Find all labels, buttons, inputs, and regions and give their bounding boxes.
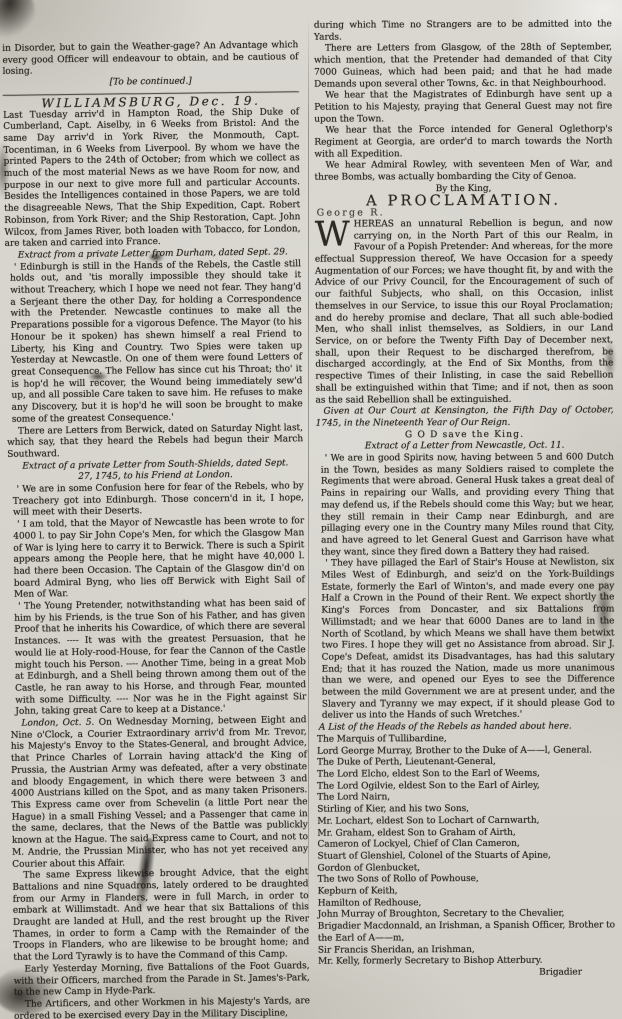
body-paragraph: We hear Admiral Rowley, with seventeen M… [314,160,612,185]
drop-cap-letter: W [315,219,354,249]
given-at-court-line: Given at Our Court at Kensington, the Fi… [316,406,614,431]
quoted-paragraph: ' Edinburgh is still in the Hands of the… [5,259,303,426]
royal-cipher: George R. [315,207,613,220]
catchword: Brigadier [318,967,616,980]
dateline-lead: London, Oct. 5. [21,718,98,729]
body-paragraph: during which Time no Strangers are to be… [314,19,612,44]
body-paragraph: London, Oct. 5. On Wednesday Morning, be… [10,715,308,871]
drop-cap-paragraph: WHEREAS an unnatural Rebellion is begun,… [315,218,614,407]
body-paragraph: Early Yesterday Morning, five Battalions… [13,961,309,1000]
body-paragraph: The same Express likewise brought Advice… [12,867,309,964]
left-column: in Disorder, but to gain the Weather-gag… [2,10,310,1019]
quoted-paragraph: ' I am told, that the Mayor of Newcastle… [8,516,305,602]
right-column: during which Time no Strangers are to be… [314,11,616,1019]
body-paragraph: We hear that the Force intended for Gene… [314,125,612,161]
quoted-paragraph: ' We are in good Spirits now, having bet… [316,452,614,559]
body-paragraph: Last Tuesday arriv'd in Hampton Road, th… [3,107,301,251]
rebel-list-item: Brigadier Macdonnald, an Irishman, a Spa… [318,920,616,945]
rebel-list-heading: A List of the Heads of the Rebels as han… [317,722,615,735]
to-be-continued-note: [To be continued.] [3,75,299,90]
body-paragraph: There are Letters from Berwick, dated on… [7,423,303,462]
newspaper-page: in Disorder, but to gain the Weather-gag… [0,0,622,1019]
quoted-paragraph: ' The Young Pretender, notwithstanding w… [9,598,306,719]
body-paragraph: There are Letters from Glasgow, of the 2… [314,43,612,91]
quoted-paragraph: ' We are in some Confusion here for fear… [8,481,304,520]
body-paragraph: We hear that the Magistrates of Edinburg… [314,90,612,126]
body-paragraph: The Artificers, and other Workmen in his… [14,996,310,1019]
page-columns: in Disorder, but to gain the Weather-gag… [8,12,616,1019]
body-paragraph: in Disorder, but to gain the Weather-gag… [2,40,298,79]
quoted-paragraph: ' They have pillaged the Earl of Stair's… [316,558,615,723]
rebel-list-item: Lord George Murray, Brother to the Duke … [317,745,615,758]
